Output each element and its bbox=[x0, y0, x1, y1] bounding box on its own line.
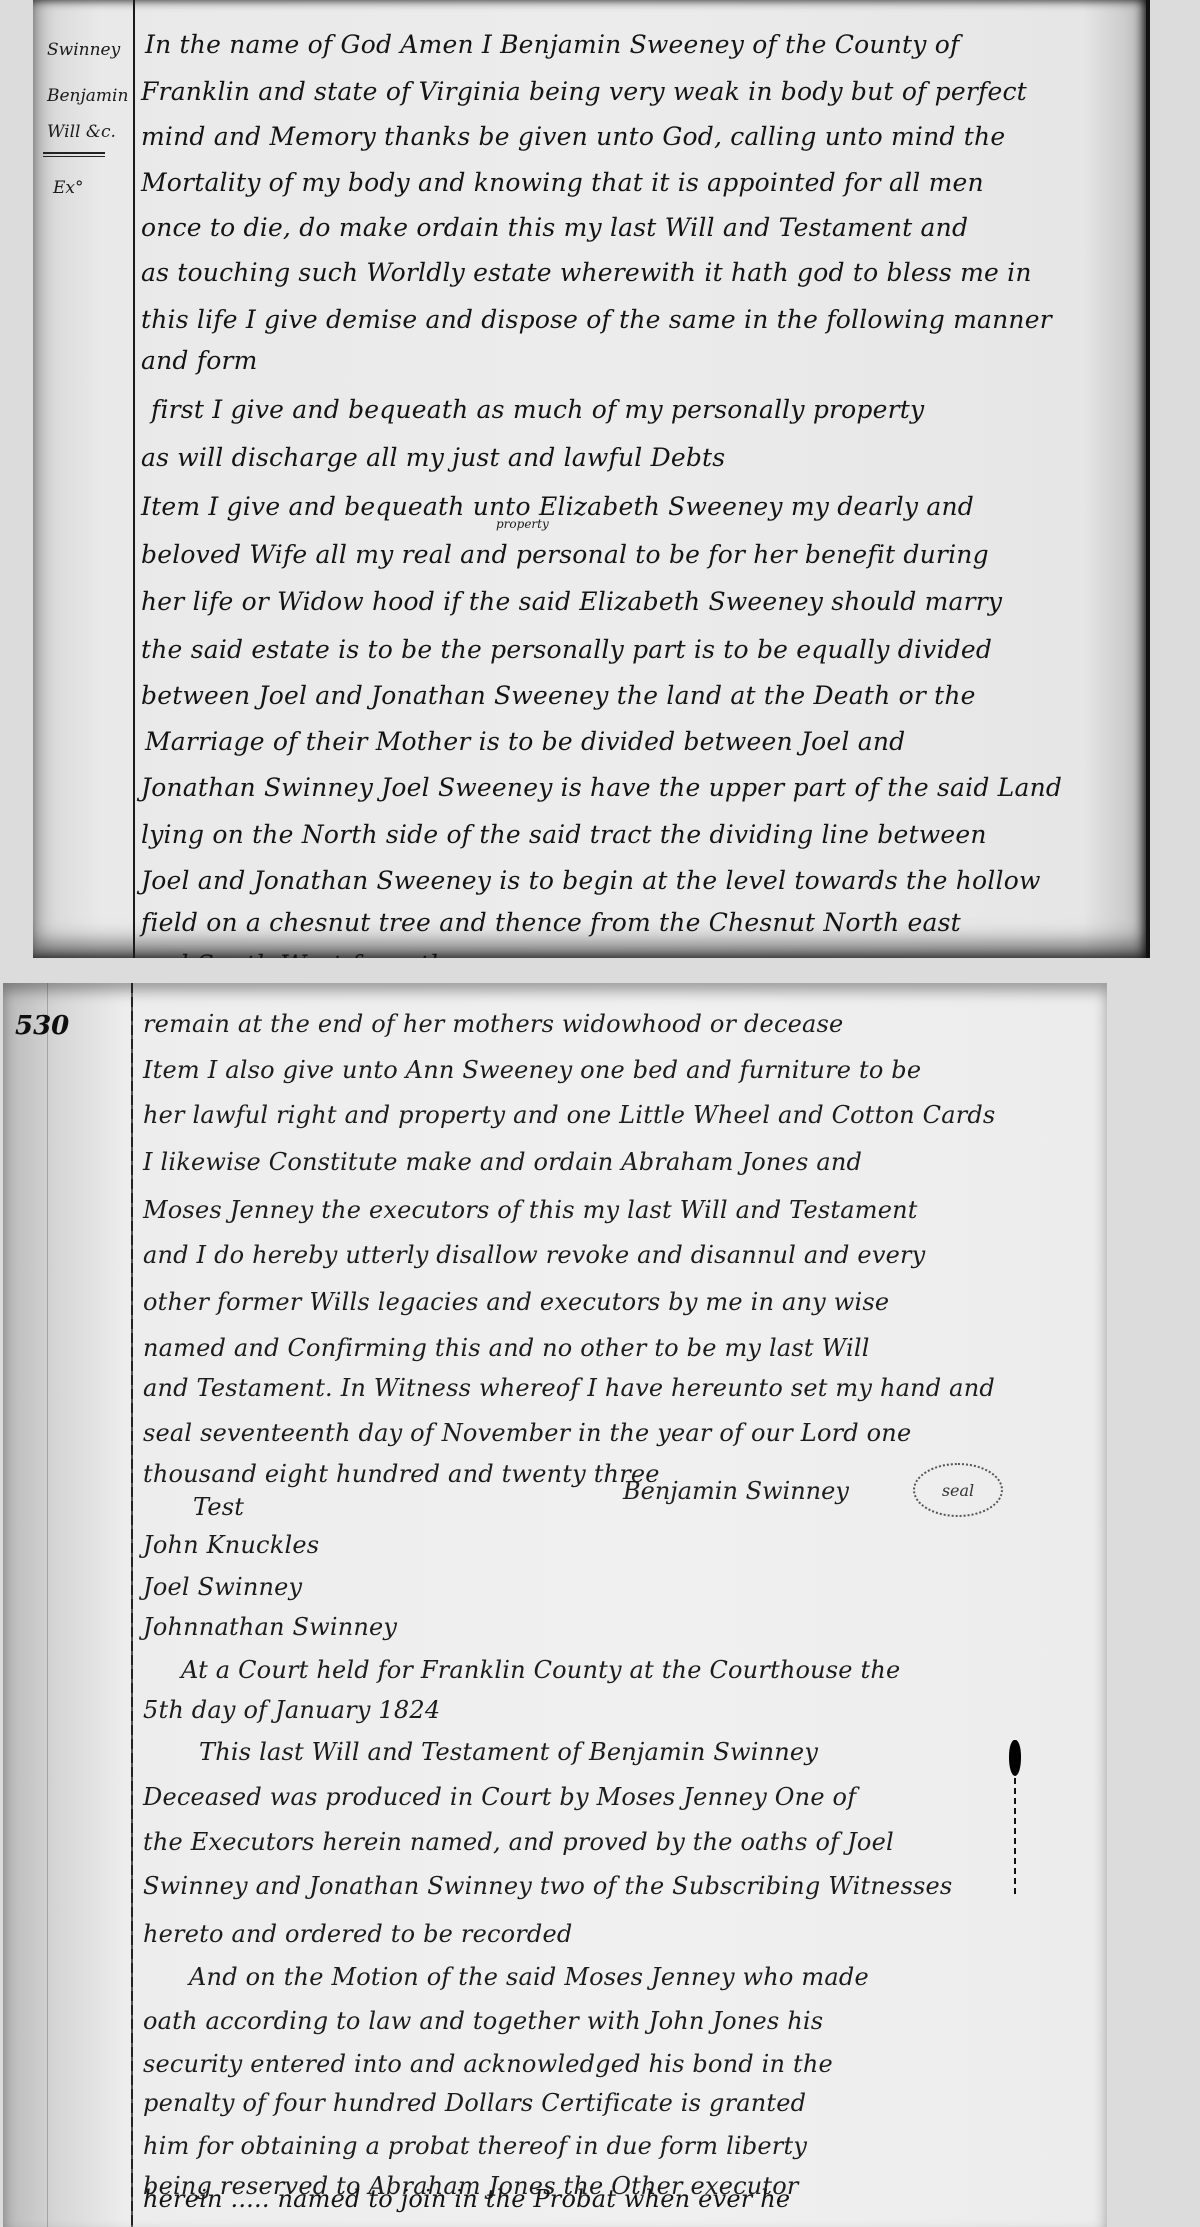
witness-name: Joel Swinney bbox=[143, 1573, 302, 1601]
will-line: and Testament. In Witness whereof I have… bbox=[143, 1374, 995, 1402]
will-line: once to die, do make ordain this my last… bbox=[141, 213, 968, 242]
court-line: him for obtaining a probat thereof in du… bbox=[143, 2132, 807, 2160]
court-line: And on the Motion of the said Moses Jenn… bbox=[189, 1963, 869, 1991]
will-page-2: 530 remain at the end of her mothers wid… bbox=[3, 983, 1107, 2227]
will-line: seal seventeenth day of November in the … bbox=[143, 1419, 911, 1447]
will-line: between Joel and Jonathan Sweeney the la… bbox=[141, 681, 976, 710]
outer-margin-rule bbox=[47, 983, 48, 2227]
will-line: and form bbox=[141, 346, 258, 375]
will-line: named and Confirming this and no other t… bbox=[143, 1334, 870, 1362]
seal-label: seal bbox=[942, 1481, 974, 1500]
page-number: 530 bbox=[15, 1011, 69, 1041]
margin-note-given-name: Benjamin bbox=[47, 86, 128, 106]
will-line: Jonathan Swinney Joel Sweeney is have th… bbox=[141, 773, 1062, 802]
will-line: Item I give and bequeath unto Elizabeth … bbox=[141, 492, 974, 521]
ink-drip bbox=[1014, 1778, 1016, 1898]
court-line: 5th day of January 1824 bbox=[143, 1696, 440, 1724]
margin-note-ex: Ex° bbox=[53, 178, 84, 198]
court-line: This last Will and Testament of Benjamin… bbox=[199, 1738, 818, 1766]
will-line: lying on the North side of the said trac… bbox=[141, 820, 987, 849]
court-line: At a Court held for Franklin County at t… bbox=[181, 1656, 900, 1684]
court-line: Swinney and Jonathan Swinney two of the … bbox=[143, 1872, 952, 1900]
test-label: Test bbox=[193, 1493, 244, 1521]
margin-rule bbox=[133, 0, 135, 958]
witness-name: John Knuckles bbox=[143, 1531, 319, 1559]
will-line: this life I give demise and dispose of t… bbox=[141, 305, 1052, 334]
will-line: her life or Widow hood if the said Eliza… bbox=[141, 587, 1002, 616]
court-line: Deceased was produced in Court by Moses … bbox=[143, 1783, 856, 1811]
ink-blot bbox=[1009, 1740, 1021, 1776]
interlineation: property bbox=[496, 517, 549, 531]
seal-mark: seal bbox=[913, 1463, 1003, 1517]
will-line: Moses Jenney the executors of this my la… bbox=[143, 1196, 918, 1224]
margin-note-underline-2 bbox=[43, 156, 105, 157]
will-line: Marriage of their Mother is to be divide… bbox=[145, 727, 905, 756]
margin-note-underline bbox=[43, 152, 105, 154]
will-line: Mortality of my body and knowing that it… bbox=[141, 168, 984, 197]
will-line: Joel and Jonathan Sweeney is to begin at… bbox=[141, 866, 1041, 895]
will-line: Franklin and state of Virginia being ver… bbox=[141, 77, 1027, 106]
will-line: as touching such Worldly estate wherewit… bbox=[141, 258, 1032, 287]
margin-rule bbox=[131, 983, 133, 2227]
will-line: her lawful right and property and one Li… bbox=[143, 1101, 995, 1129]
court-line: oath according to law and together with … bbox=[143, 2007, 823, 2035]
witness-name: Johnnathan Swinney bbox=[143, 1613, 397, 1641]
margin-note-surname: Swinney bbox=[47, 40, 120, 60]
will-line: and I do hereby utterly disallow revoke … bbox=[143, 1241, 925, 1269]
will-line: beloved Wife all my real and personal to… bbox=[141, 540, 989, 569]
will-line: thousand eight hundred and twenty three bbox=[143, 1460, 660, 1488]
court-line: hereto and ordered to be recorded bbox=[143, 1920, 572, 1948]
court-line: the Executors herein named, and proved b… bbox=[143, 1828, 894, 1856]
will-line: mind and Memory thanks be given unto God… bbox=[141, 122, 1005, 151]
testator-signature: Benjamin Swinney bbox=[623, 1477, 849, 1505]
will-line: field on a chesnut tree and thence from … bbox=[141, 908, 961, 937]
will-line: I likewise Constitute make and ordain Ab… bbox=[143, 1148, 862, 1176]
court-line: being reserved to Abraham Jones the Othe… bbox=[143, 2172, 799, 2200]
will-line: the said estate is to be the personally … bbox=[141, 635, 992, 664]
margin-note-doc-type: Will &c. bbox=[47, 122, 116, 142]
will-line: remain at the end of her mothers widowho… bbox=[143, 1010, 843, 1038]
court-line: penalty of four hundred Dollars Certific… bbox=[143, 2089, 806, 2117]
will-line: first I give and bequeath as much of my … bbox=[151, 395, 924, 424]
will-line: as will discharge all my just and lawful… bbox=[141, 443, 725, 472]
will-line: other former Wills legacies and executor… bbox=[143, 1288, 889, 1316]
will-line: Item I also give unto Ann Sweeney one be… bbox=[143, 1056, 921, 1084]
will-page-1: Swinney Benjamin Will &c. Ex° In the nam… bbox=[33, 0, 1150, 958]
court-line: security entered into and acknowledged h… bbox=[143, 2050, 833, 2078]
will-line: In the name of God Amen I Benjamin Sween… bbox=[145, 30, 959, 59]
